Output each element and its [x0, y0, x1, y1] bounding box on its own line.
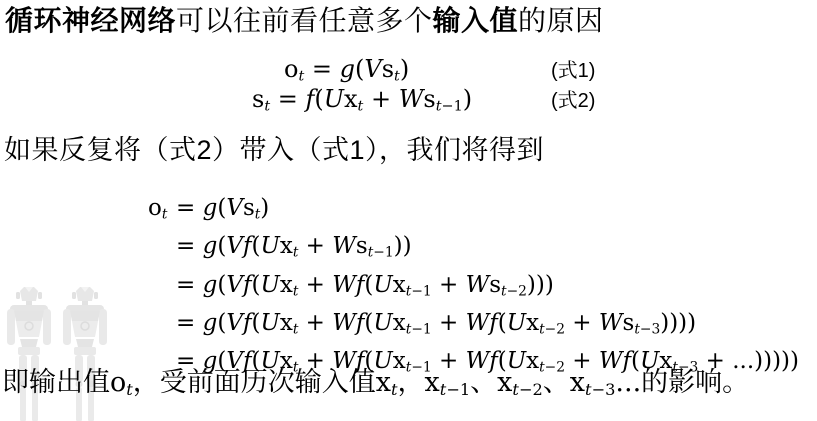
derivation-line-3: = g(Vf(Uxt + Wf(Uxt−1 + Wst−2))) — [148, 269, 799, 307]
formula-eq2: st = f(Uxt + Wst−1) — [252, 84, 472, 121]
derivation-lhs — [148, 307, 176, 345]
conclusion-paragraph: 即输出值ot，受前面历次输入值xt，xt−1、xt−2、xt−3...的影响。 — [2, 364, 749, 408]
page-title: 循环神经网络可以往前看任意多个输入值的原因 — [5, 4, 604, 38]
formula-eq2-tag: (式2) — [551, 89, 595, 113]
derivation-rhs: = g(Vst) — [176, 192, 269, 230]
derivation-rhs: = g(Vf(Uxt + Wst−1)) — [176, 230, 412, 268]
derivation-rhs: = g(Vf(Uxt + Wf(Uxt−1 + Wst−2))) — [176, 269, 554, 307]
derivation-lhs — [148, 230, 176, 268]
slide-page: 循环神经网络可以往前看任意多个输入值的原因 ot = g(Vst) (式1) s… — [0, 0, 817, 421]
substitution-paragraph: 如果反复将（式2）带入（式1），我们将得到 — [4, 133, 544, 167]
derivation-lhs — [148, 269, 176, 307]
formula-eq1-tag: (式1) — [551, 59, 595, 83]
derivation-block: ot = g(Vst) = g(Vf(Uxt + Wst−1)) = g(Vf(… — [148, 192, 799, 383]
derivation-line-2: = g(Vf(Uxt + Wst−1)) — [148, 230, 799, 268]
derivation-rhs: = g(Vf(Uxt + Wf(Uxt−1 + Wf(Uxt−2 + Wst−3… — [176, 307, 696, 345]
derivation-lhs: ot — [148, 192, 176, 230]
derivation-line-4: = g(Vf(Uxt + Wf(Uxt−1 + Wf(Uxt−2 + Wst−3… — [148, 307, 799, 345]
derivation-line-1: ot = g(Vst) — [148, 192, 799, 230]
